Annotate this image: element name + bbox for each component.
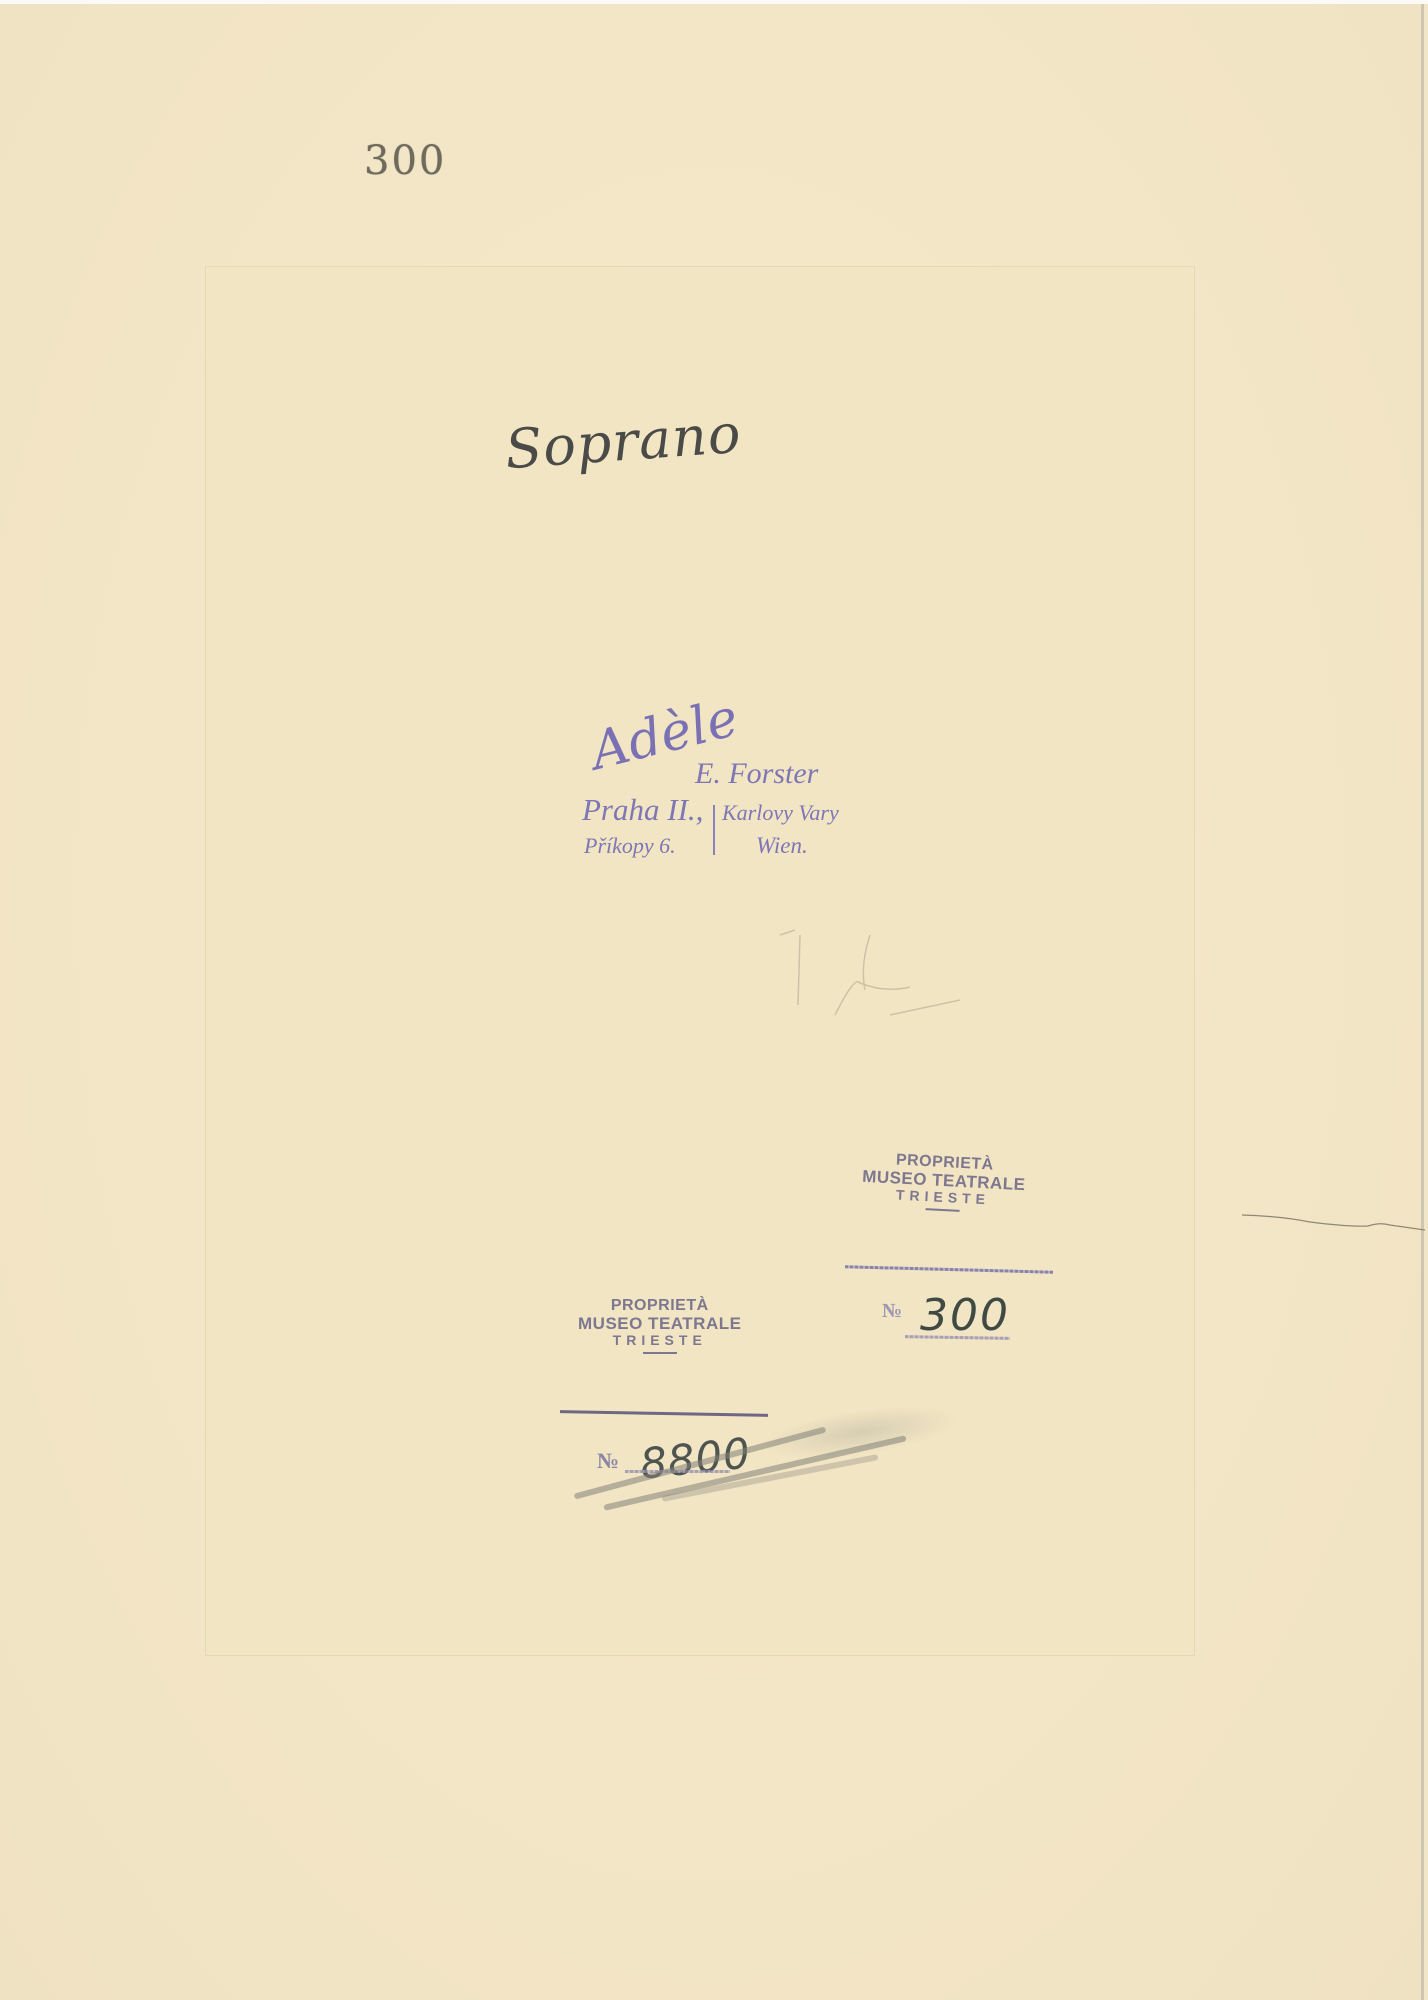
paper-fiber bbox=[1240, 1212, 1425, 1232]
studio-city-wien: Wien. bbox=[756, 833, 808, 859]
numero-sign: № bbox=[597, 1448, 619, 1474]
faint-pencil-mark bbox=[740, 915, 960, 1025]
mount-card bbox=[0, 4, 1424, 2000]
stamp-line-city: TRIESTE bbox=[578, 1333, 741, 1348]
photographer-name: E. Forster bbox=[695, 757, 818, 791]
studio-street: Příkopy 6. bbox=[584, 833, 676, 859]
numero-sign: № bbox=[882, 1300, 902, 1323]
inventory-number: 300 bbox=[920, 1290, 1010, 1341]
museum-property-stamp: PROPRIETÀ MUSEO TEATRALE TRIESTE bbox=[861, 1151, 1027, 1216]
museum-property-stamp-old: PROPRIETÀ MUSEO TEATRALE TRIESTE bbox=[578, 1298, 741, 1354]
catalog-number: 300 bbox=[364, 138, 446, 184]
studio-city-karlovy-vary: Karlovy Vary bbox=[722, 800, 839, 826]
studio-city-praha: Praha II., bbox=[582, 792, 703, 828]
photographer-stamp: Adèle E. Forster Praha II., Karlovy Vary… bbox=[580, 705, 880, 875]
stamp-line-museum: MUSEO TEATRALE bbox=[578, 1315, 741, 1333]
stamp-line-propriety: PROPRIETÀ bbox=[578, 1298, 741, 1315]
stamp-divider-ornament bbox=[713, 805, 715, 855]
stamp-rule bbox=[643, 1352, 677, 1354]
